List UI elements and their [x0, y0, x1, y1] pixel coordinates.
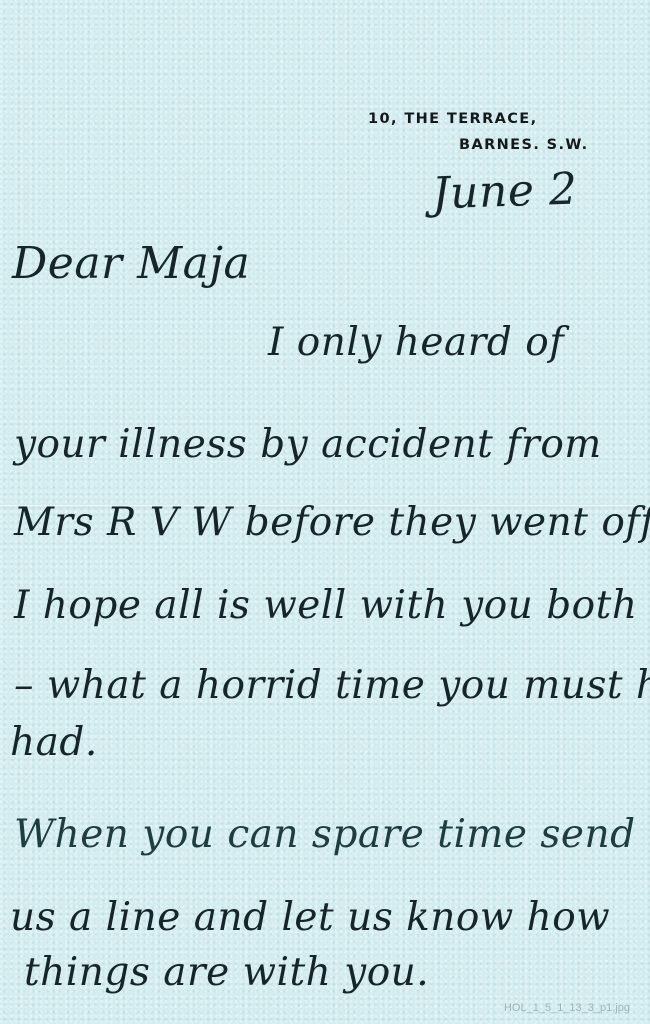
letter-line: us a line and let us know how — [10, 895, 610, 940]
letter-date: June 2 — [431, 163, 578, 219]
letter-line: When you can spare time send — [14, 812, 636, 857]
letter-line: Mrs R V W before they went off. — [14, 500, 650, 545]
letterhead-address-line1: 10, THE TERRACE, — [368, 106, 589, 132]
filename-watermark: HOL_1_5_1_13_3_p1.jpg — [504, 1002, 630, 1014]
letter-line: your illness by accident from — [14, 422, 602, 467]
letter-line: things are with you. — [24, 950, 429, 995]
letterhead-address-line2: BARNES. S.W. — [368, 132, 589, 158]
letter-line: – what a horrid time you must have — [14, 663, 650, 708]
letter-salutation: Dear Maja — [12, 238, 250, 289]
letter-line: I hope all is well with you both now — [14, 583, 650, 628]
letter-page: 10, THE TERRACE, BARNES. S.W. June 2 Dea… — [0, 0, 650, 1024]
letterhead: 10, THE TERRACE, BARNES. S.W. — [368, 106, 589, 158]
letter-line: had. — [10, 720, 98, 765]
letter-line: I only heard of — [268, 320, 564, 365]
